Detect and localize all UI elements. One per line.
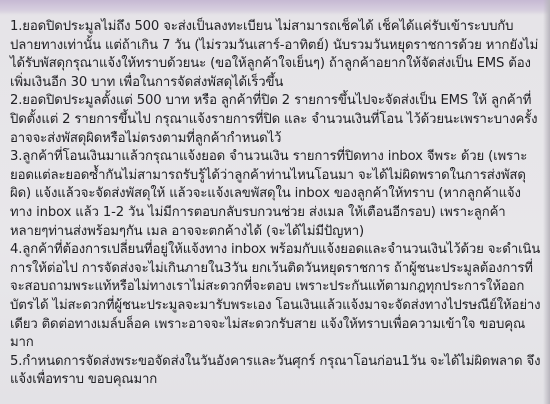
rule-number: 3.	[10, 149, 22, 164]
photographed-screen: 1.ยอดปิดประมูลไม่ถึง 500 จะส่งเป็นลงทะเบ…	[0, 0, 550, 404]
rule-number: 5.	[10, 354, 22, 369]
shipping-rules-notice: 1.ยอดปิดประมูลไม่ถึง 500 จะส่งเป็นลงทะเบ…	[10, 18, 542, 390]
rule-4: 4.ลูกค้าที่ต้องการเปลี่ยนที่อยู่ให้แจ้งท…	[10, 241, 542, 353]
rule-number: 1.	[10, 19, 22, 34]
rule-text: กำหนดการจัดส่งพระขอจัดส่งในวันอังคารและว…	[10, 354, 540, 388]
rule-5: 5.กำหนดการจัดส่งพระขอจัดส่งในวันอังคารแล…	[10, 353, 542, 390]
rule-3: 3.ลูกค้าที่โอนเงินมาแล้วกรุณาแจ้งยอด จำน…	[10, 148, 542, 241]
rule-text: ยอดปิดประมูลไม่ถึง 500 จะส่งเป็นลงทะเบีย…	[10, 19, 538, 90]
rule-1: 1.ยอดปิดประมูลไม่ถึง 500 จะส่งเป็นลงทะเบ…	[10, 18, 542, 92]
rule-text: ยอดปิดประมูลตั้งแต่ 500 บาท หรือ ลูกค้าท…	[10, 93, 537, 145]
rule-text: ลูกค้าที่โอนเงินมาแล้วกรุณาแจ้งยอด จำนวน…	[10, 149, 527, 238]
rule-number: 4.	[10, 242, 22, 257]
screen-bezel-edge	[543, 0, 550, 404]
rule-number: 2.	[10, 93, 22, 108]
rule-2: 2.ยอดปิดประมูลตั้งแต่ 500 บาท หรือ ลูกค้…	[10, 92, 542, 148]
screen-top-glare	[0, 0, 550, 14]
rule-text: ลูกค้าที่ต้องการเปลี่ยนที่อยู่ให้แจ้งทาง…	[10, 242, 540, 350]
